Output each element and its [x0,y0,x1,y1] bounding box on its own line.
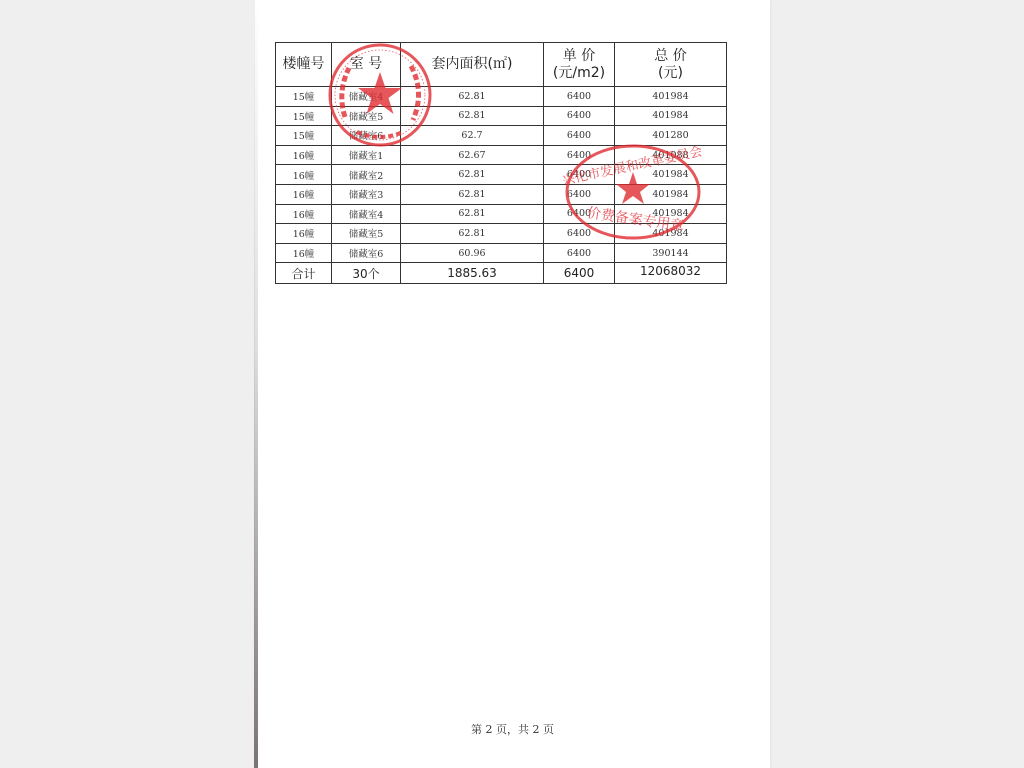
cell-total-price: 401984 [615,87,727,107]
cell-area: 62.81 [401,87,544,107]
cell-building: 15幢 [276,106,332,126]
cell-room: 储藏室2 [332,165,401,185]
total-count: 30个 [332,263,401,284]
cell-unit-price: 6400 [544,204,615,224]
cell-unit-price: 6400 [544,87,615,107]
cell-building: 15幢 [276,87,332,107]
cell-unit-price: 6400 [544,126,615,146]
header-unit-price: 单 价 (元/m2) [544,43,615,87]
header-unit-price-line2: (元/m2) [544,65,614,82]
cell-area: 60.96 [401,243,544,263]
cell-building: 16幢 [276,165,332,185]
cell-area: 62.81 [401,165,544,185]
table-row: 15幢储藏室662.76400401280 [276,126,727,146]
cell-room: 储藏室6 [332,243,401,263]
cell-area: 62.67 [401,145,544,165]
cell-room: 储藏室5 [332,224,401,244]
total-label: 合计 [276,263,332,284]
cell-room: 储藏室4 [332,87,401,107]
cell-total-price: 401984 [615,184,727,204]
table-row: 16幢储藏室262.816400401984 [276,165,727,185]
table-row: 16幢储藏室162.676400401088 [276,145,727,165]
total-price: 12068032 [615,263,727,284]
cell-total-price: 401984 [615,224,727,244]
cell-area: 62.81 [401,204,544,224]
total-area: 1885.63 [401,263,544,284]
cell-total-price: 401984 [615,165,727,185]
cell-room: 储藏室3 [332,184,401,204]
header-unit-price-line1: 单 价 [544,48,614,65]
cell-building: 16幢 [276,204,332,224]
cell-area: 62.81 [401,184,544,204]
page-edge-shadow [254,0,258,768]
cell-total-price: 401280 [615,126,727,146]
cell-unit-price: 6400 [544,165,615,185]
price-table: 楼幢号 室 号 套内面积(㎡) 单 价 (元/m2) 总 价 (元) 15幢储藏… [275,42,727,284]
cell-unit-price: 6400 [544,106,615,126]
cell-building: 15幢 [276,126,332,146]
table-row: 16幢储藏室562.816400401984 [276,224,727,244]
cell-room: 储藏室4 [332,204,401,224]
cell-total-price: 390144 [615,243,727,263]
header-area: 套内面积(㎡) [401,43,544,87]
cell-unit-price: 6400 [544,243,615,263]
table-row: 15幢储藏室462.816400401984 [276,87,727,107]
cell-building: 16幢 [276,224,332,244]
cell-total-price: 401088 [615,145,727,165]
page-footer-pagination: 第 2 页，共 2 页 [255,721,770,737]
table-row: 16幢储藏室362.816400401984 [276,184,727,204]
header-total-price-line1: 总 价 [615,48,726,65]
cell-room: 储藏室5 [332,106,401,126]
header-room: 室 号 [332,43,401,87]
table-body: 15幢储藏室462.81640040198415幢储藏室562.81640040… [276,87,727,263]
cell-unit-price: 6400 [544,224,615,244]
table-row: 16幢储藏室462.816400401984 [276,204,727,224]
cell-area: 62.81 [401,224,544,244]
header-total-price: 总 价 (元) [615,43,727,87]
table-row: 15幢储藏室562.816400401984 [276,106,727,126]
cell-building: 16幢 [276,243,332,263]
table-header-row: 楼幢号 室 号 套内面积(㎡) 单 价 (元/m2) 总 价 (元) [276,43,727,87]
table-row: 16幢储藏室660.966400390144 [276,243,727,263]
header-area-label: 套内面积(㎡) [432,56,513,72]
header-total-price-line2: (元) [615,65,726,82]
cell-room: 储藏室6 [332,126,401,146]
cell-building: 16幢 [276,184,332,204]
cell-unit-price: 6400 [544,184,615,204]
cell-unit-price: 6400 [544,145,615,165]
header-building: 楼幢号 [276,43,332,87]
cell-total-price: 401984 [615,106,727,126]
cell-room: 储藏室1 [332,145,401,165]
cell-area: 62.81 [401,106,544,126]
cell-building: 16幢 [276,145,332,165]
total-unit-price: 6400 [544,263,615,284]
cell-total-price: 401984 [615,204,727,224]
cell-area: 62.7 [401,126,544,146]
table-total-row: 合计 30个 1885.63 6400 12068032 [276,263,727,284]
